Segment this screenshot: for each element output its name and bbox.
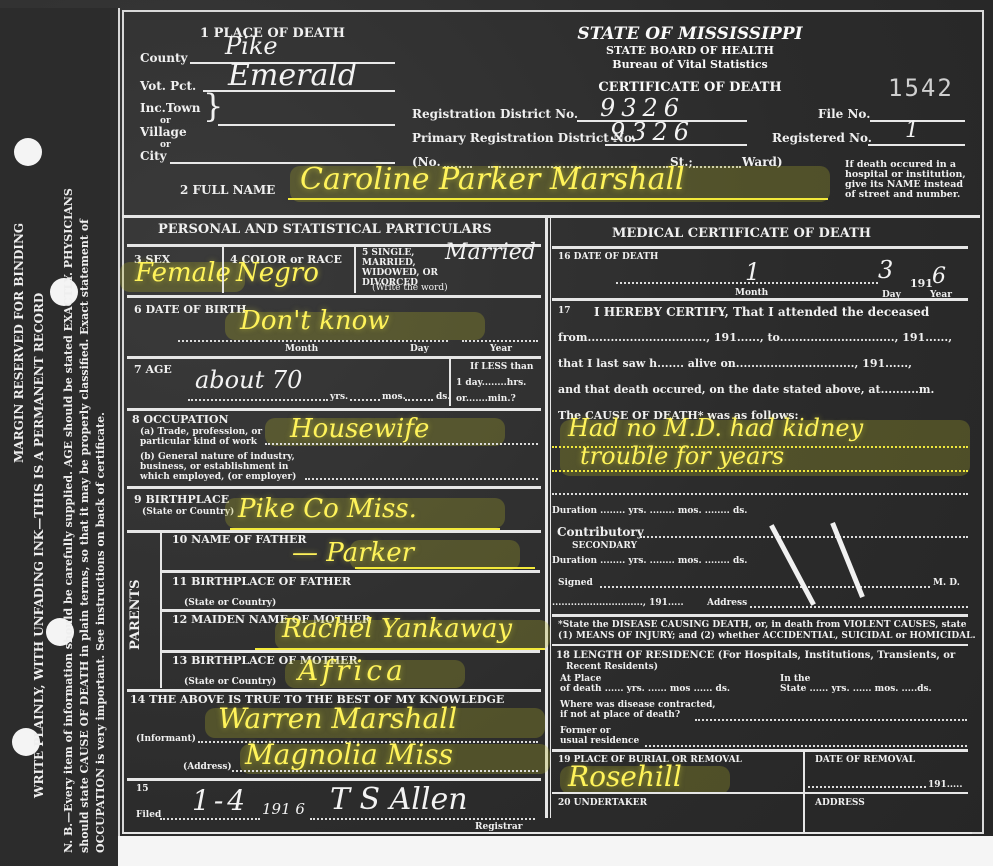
state-title: STATE OF MISSISSIPPI: [560, 24, 820, 44]
file-no-label: File No.: [818, 108, 870, 120]
father-value: — Parker: [292, 538, 414, 568]
occupation-value: Housewife: [290, 414, 429, 444]
registrar-label: Registrar: [475, 822, 522, 832]
informant-address-label: (Address): [183, 762, 232, 772]
registered-no-label: Registered No.: [772, 132, 872, 144]
city-label: City: [140, 150, 167, 162]
registered-no-value: 1: [905, 118, 919, 143]
duration-line-2: Duration ........ yrs. ........ mos. ...…: [552, 556, 747, 566]
father-birthplace-label: 11 BIRTHPLACE OF FATHER: [172, 576, 351, 588]
margin-nb-line2: should state CAUSE OF DEATH in plain ter…: [78, 219, 91, 853]
age-label: 7 AGE: [134, 364, 172, 376]
county-label: County: [140, 52, 188, 64]
page-bottom-edge: [118, 836, 993, 866]
mother-birthplace-value: Africa: [298, 654, 407, 687]
duration-line-1: Duration ........ yrs. ........ mos. ...…: [552, 506, 747, 516]
former-label: Former or: [560, 726, 611, 736]
filed-year: 191 6: [262, 800, 305, 818]
signed-label: Signed: [558, 578, 593, 588]
contributory-label: Contributory: [557, 526, 644, 538]
death-occurred-line: and that death occured, on the date stat…: [558, 384, 934, 396]
state-line: State ...... yrs. ...... mos. .....ds.: [780, 684, 932, 694]
vot-pct-value: Emerald: [228, 58, 357, 93]
informant-label: (Informant): [136, 734, 196, 744]
md-label: M. D.: [933, 578, 960, 588]
cause-line-1: Had no M.D. had kidney: [568, 414, 863, 442]
mother-birthplace-hint: (State or Country): [184, 677, 276, 687]
informant-value: Warren Marshall: [218, 702, 457, 735]
mos-label: mos.: [382, 392, 406, 402]
hospital-note: If death occured in a hospital or instit…: [845, 160, 967, 200]
binding-margin: MARGIN RESERVED FOR BINDING WRITE PLAINL…: [0, 8, 120, 860]
occupation-label: 8 OCCUPATION: [132, 414, 229, 426]
removal-date-label: DATE OF REMOVAL: [815, 755, 915, 765]
footnote-line-2: (1) MEANS OF INJURY; and (2) whether ACC…: [558, 631, 976, 641]
last-saw-line: that I last saw h....... alive on.......…: [558, 358, 912, 370]
attended-from-line: from..............................., 191…: [558, 332, 952, 344]
yrs-label: yrs.: [330, 392, 348, 402]
residence-label: 18 LENGTH OF RESIDENCE (For Hospitals, I…: [556, 650, 955, 662]
marital-hint: (Write the word): [372, 283, 448, 293]
certify-number: 17: [558, 306, 571, 316]
margin-write-plainly: WRITE PLAINLY, WITH UNFADING INK—THIS IS…: [32, 293, 46, 798]
dod-year: 6: [932, 264, 946, 289]
parents-label: PARENTS: [130, 579, 142, 650]
marital-value: Married: [445, 240, 536, 265]
full-name-label: 2 FULL NAME: [180, 184, 275, 196]
file-stamp-number: 1542: [888, 74, 954, 102]
if-not-label: if not at place of death?: [560, 710, 680, 720]
personal-heading: PERSONAL AND STATISTICAL PARTICULARS: [158, 224, 492, 236]
physician-address-label: Address: [707, 598, 747, 608]
certificate-title: CERTIFICATE OF DEATH: [560, 80, 820, 95]
age-value: about 70: [195, 366, 302, 394]
signed-year-line: ............................., 191.....: [552, 598, 684, 608]
filed-label: Filed: [136, 810, 161, 820]
birthplace-label: 9 BIRTHPLACE: [134, 494, 229, 506]
dod-year-prefix: 191: [910, 278, 933, 290]
dod-month-label: Month: [735, 288, 768, 298]
informant-address-value: Magnolia Miss: [245, 738, 453, 771]
sex-value: Female: [135, 258, 231, 288]
removal-year: 191.....: [928, 780, 962, 790]
village-label: Village: [140, 126, 187, 138]
birthplace-value: Pike Co Miss.: [238, 494, 417, 524]
or-min-label: or.......min.?: [456, 394, 516, 404]
inc-town-label: Inc.Town: [140, 102, 200, 114]
at-place-label: At Place: [560, 674, 601, 684]
margin-nb-line3: OCCUPATION is very important. See instru…: [94, 412, 107, 853]
death-certificate-scan: MARGIN RESERVED FOR BINDING WRITE PLAINL…: [0, 0, 993, 866]
bracket: }: [203, 100, 223, 112]
medical-heading: MEDICAL CERTIFICATE OF DEATH: [612, 228, 871, 240]
date-of-death-label: 16 DATE OF DEATH: [558, 252, 658, 262]
father-birthplace-hint: (State or Country): [184, 598, 276, 608]
day-hrs-label: 1 day........hrs.: [456, 378, 526, 388]
primary-district-value: 9326: [610, 118, 695, 146]
undertaker-label: 20 UNDERTAKER: [558, 798, 647, 808]
margin-binding-text: MARGIN RESERVED FOR BINDING: [12, 223, 26, 463]
county-value: Pike: [225, 32, 278, 60]
occupation-b-label: (b) General nature of industry, business…: [140, 452, 300, 482]
cause-line-2: trouble for years: [580, 442, 784, 470]
filed-number: 15: [136, 784, 149, 794]
year-label: Year: [490, 344, 512, 354]
primary-district-label: Primary Registration District No.: [412, 132, 636, 144]
dob-value: Don't know: [240, 306, 390, 336]
footnote-line-1: *State the DISEASE CAUSING DEATH, or, in…: [558, 620, 966, 630]
less-than-label: If LESS than: [470, 362, 533, 372]
race-value: Negro: [236, 258, 319, 288]
undertaker-address-label: ADDRESS: [815, 798, 865, 808]
vot-pct-label: Vot. Pct.: [140, 80, 196, 92]
secondary-label: SECONDARY: [572, 541, 637, 551]
filed-date: 1-4: [192, 784, 249, 817]
punch-hole: [14, 138, 42, 166]
usual-residence-label: usual residence: [560, 736, 639, 746]
dod-month: 1: [745, 258, 760, 286]
of-death-line: of death ...... yrs. ...... mos ...... d…: [560, 684, 730, 694]
registrar-signature: T S Allen: [330, 782, 468, 817]
margin-nb-line1: N. B.—Every item of information should b…: [62, 188, 75, 853]
where-contracted-label: Where was disease contracted,: [560, 700, 716, 710]
registration-district-label: Registration District No.: [412, 108, 578, 120]
full-name-value: Caroline Parker Marshall: [300, 162, 685, 197]
bureau-title: Bureau of Vital Statistics: [560, 58, 820, 71]
month-label: Month: [285, 344, 318, 354]
day-label: Day: [410, 344, 429, 354]
in-the-label: In the: [780, 674, 810, 684]
board-title: STATE BOARD OF HEALTH: [560, 44, 820, 57]
father-label: 10 NAME OF FATHER: [172, 534, 307, 546]
dod-day: 3: [878, 256, 893, 284]
burial-value: Rosehill: [568, 760, 682, 793]
birthplace-hint: (State or Country): [142, 507, 234, 517]
mother-value: Rachel Yankaway: [282, 614, 512, 644]
certify-text: I HEREBY CERTIFY, That I attended the de…: [594, 306, 929, 318]
residence-label-2: Recent Residents): [566, 662, 658, 672]
occupation-a-label: (a) Trade, profession, or particular kin…: [140, 427, 265, 447]
